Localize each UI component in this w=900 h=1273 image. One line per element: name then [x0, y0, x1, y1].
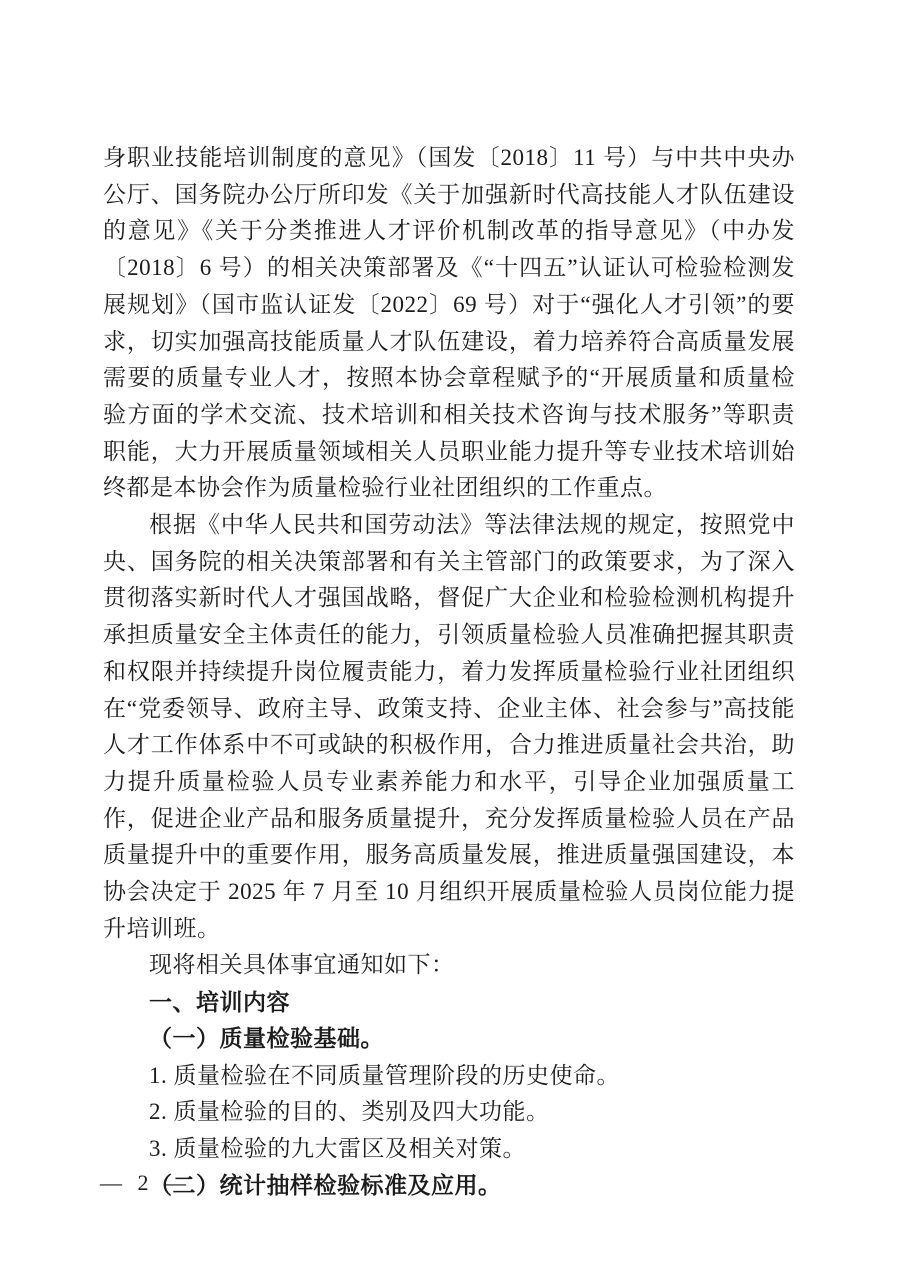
list-item: 2. 质量检验的目的、类别及四大功能。 — [103, 1094, 795, 1131]
page-content: 身职业技能培训制度的意见》（国发〔2018〕11 号）与中共中央办公厅、国务院办… — [103, 140, 795, 1204]
section-heading: 一、培训内容 — [103, 984, 795, 1021]
body-paragraph: 身职业技能培训制度的意见》（国发〔2018〕11 号）与中共中央办公厅、国务院办… — [103, 140, 795, 507]
page-number: — 2 — — [100, 1170, 191, 1196]
document-page: 身职业技能培训制度的意见》（国发〔2018〕11 号）与中共中央办公厅、国务院办… — [0, 0, 900, 1273]
subsection-heading: （二）统计抽样检验标准及应用。 — [103, 1168, 795, 1205]
body-paragraph: 根据《中华人民共和国劳动法》等法律法规的规定，按照党中央、国务院的相关决策部署和… — [103, 507, 795, 947]
body-paragraph: 现将相关具体事宜通知如下： — [103, 947, 795, 984]
list-item: 1. 质量检验在不同质量管理阶段的历史使命。 — [103, 1058, 795, 1095]
subsection-heading: （一）质量检验基础。 — [103, 1021, 795, 1058]
list-item: 3. 质量检验的九大雷区及相关对策。 — [103, 1131, 795, 1168]
